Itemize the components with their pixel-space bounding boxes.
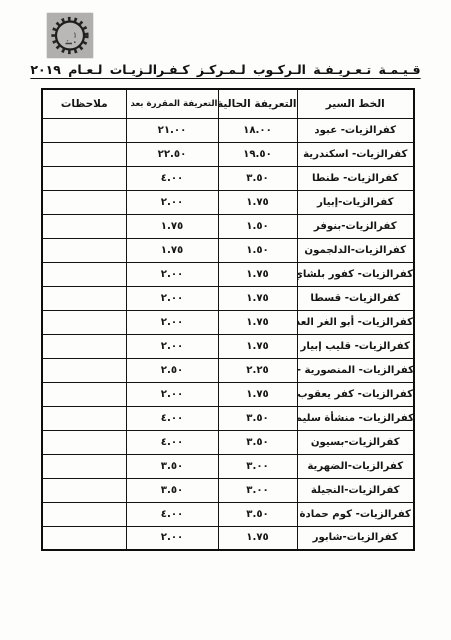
increased-tariff-cell: ٢١.٠٠ bbox=[126, 118, 218, 142]
increased-tariff-cell: ١.٧٥ bbox=[126, 238, 218, 262]
table-row: كفرالزيات- قليب إبيار ١.٧٥ ٢.٠٠ bbox=[42, 334, 414, 358]
notes-cell bbox=[42, 358, 126, 382]
table-row: كفرالزيات-الدلجمون ١.٥٠ ١.٧٥ bbox=[42, 238, 414, 262]
current-tariff-cell: ١.٥٠ bbox=[218, 214, 297, 238]
table-row: كفرالزيات- قسطا ١.٧٥ ٢.٠٠ bbox=[42, 286, 414, 310]
tariff-table: الخط السير التعريفة الحالية التعريفة الم… bbox=[41, 88, 415, 551]
increased-tariff-cell: ٤.٠٠ bbox=[126, 166, 218, 190]
current-tariff-cell: ٢.٢٥ bbox=[218, 358, 297, 382]
current-tariff-cell: ٣.٠٠ bbox=[218, 478, 297, 502]
gear-round-stamp-icon bbox=[47, 13, 93, 58]
current-tariff-cell: ١٩.٥٠ bbox=[218, 142, 297, 166]
increased-tariff-cell: ٣.٥٠ bbox=[126, 478, 218, 502]
increased-tariff-cell: ٤.٠٠ bbox=[126, 430, 218, 454]
route-cell: كفرالزيات-إبيار bbox=[297, 190, 414, 214]
increased-tariff-cell: ٣.٥٠ bbox=[126, 454, 218, 478]
notes-cell bbox=[42, 478, 126, 502]
notes-cell bbox=[42, 430, 126, 454]
current-tariff-cell: ١.٧٥ bbox=[218, 310, 297, 334]
table-row: كفرالزيات- كفر يعقوب ١.٧٥ ٢.٠٠ bbox=[42, 382, 414, 406]
route-cell: كفرالزيات- طنطا bbox=[297, 166, 414, 190]
increased-tariff-cell: ٤.٠٠ bbox=[126, 406, 218, 430]
column-header-route: الخط السير bbox=[297, 89, 414, 118]
table-row: كفرالزيات- اسكندرية ١٩.٥٠ ٢٢.٥٠ bbox=[42, 142, 414, 166]
scanned-document-page: قـيـمـة تـعـريـفـة الـركـوب لـمـركـز كـف… bbox=[0, 0, 451, 640]
route-cell: كفرالزيات- قليب إبيار bbox=[297, 334, 414, 358]
current-tariff-cell: ٣.٥٠ bbox=[218, 430, 297, 454]
route-cell: كفرالزيات- كفر يعقوب bbox=[297, 382, 414, 406]
notes-cell bbox=[42, 166, 126, 190]
notes-cell bbox=[42, 454, 126, 478]
notes-cell bbox=[42, 262, 126, 286]
route-cell: كفرالزيات-النجيلة bbox=[297, 478, 414, 502]
route-cell: كفرالزيات-الدلجمون bbox=[297, 238, 414, 262]
increased-tariff-cell: ٢.٠٠ bbox=[126, 286, 218, 310]
increased-tariff-cell: ٤.٠٠ bbox=[126, 502, 218, 526]
current-tariff-cell: ٣.٥٠ bbox=[218, 502, 297, 526]
column-header-increased-tariff: التعريفة المقررة بعد الزيادة bbox=[126, 89, 218, 118]
notes-cell bbox=[42, 286, 126, 310]
table-header-row: الخط السير التعريفة الحالية التعريفة الم… bbox=[42, 89, 414, 118]
table-row: كفرالزيات-الضهرية ٣.٠٠ ٣.٥٠ bbox=[42, 454, 414, 478]
notes-cell bbox=[42, 502, 126, 526]
route-cell: كفرالزيات-بسيون bbox=[297, 430, 414, 454]
increased-tariff-cell: ٢.٥٠ bbox=[126, 358, 218, 382]
table-body: كفرالزيات- عبود ١٨.٠٠ ٢١.٠٠ كفرالزيات- ا… bbox=[42, 118, 414, 550]
route-cell: كفرالزيات- اسكندرية bbox=[297, 142, 414, 166]
route-cell: كفرالزيات- كفور بلشاي bbox=[297, 262, 414, 286]
current-tariff-cell: ٣.٠٠ bbox=[218, 454, 297, 478]
notes-cell bbox=[42, 238, 126, 262]
notes-cell bbox=[42, 142, 126, 166]
current-tariff-cell: ١.٧٥ bbox=[218, 286, 297, 310]
notes-cell bbox=[42, 214, 126, 238]
increased-tariff-cell: ١.٧٥ bbox=[126, 214, 218, 238]
notes-cell bbox=[42, 334, 126, 358]
table-row: كفرالزيات- أبو الغر العداوى ١.٧٥ ٢.٠٠ bbox=[42, 310, 414, 334]
current-tariff-cell: ١.٥٠ bbox=[218, 238, 297, 262]
column-header-current-tariff: التعريفة الحالية bbox=[218, 89, 297, 118]
current-tariff-cell: ١٨.٠٠ bbox=[218, 118, 297, 142]
table-row: كفرالزيات-النجيلة ٣.٠٠ ٣.٥٠ bbox=[42, 478, 414, 502]
current-tariff-cell: ٣.٥٠ bbox=[218, 406, 297, 430]
notes-cell bbox=[42, 190, 126, 214]
notes-cell bbox=[42, 526, 126, 550]
increased-tariff-cell: ٢.٠٠ bbox=[126, 526, 218, 550]
document-title: قـيـمـة تـعـريـفـة الـركـوب لـمـركـز كـف… bbox=[0, 62, 451, 77]
column-header-notes: ملاحظات bbox=[42, 89, 126, 118]
current-tariff-cell: ٣.٥٠ bbox=[218, 166, 297, 190]
notes-cell bbox=[42, 406, 126, 430]
increased-tariff-cell: ٢٢.٥٠ bbox=[126, 142, 218, 166]
current-tariff-cell: ١.٧٥ bbox=[218, 526, 297, 550]
increased-tariff-cell: ٢.٠٠ bbox=[126, 334, 218, 358]
notes-cell bbox=[42, 310, 126, 334]
route-cell: كفرالزيات-الضهرية bbox=[297, 454, 414, 478]
increased-tariff-cell: ٢.٠٠ bbox=[126, 310, 218, 334]
increased-tariff-cell: ٢.٠٠ bbox=[126, 190, 218, 214]
table-row: كفرالزيات- طنطا ٣.٥٠ ٤.٠٠ bbox=[42, 166, 414, 190]
route-cell: كفرالزيات- قسطا bbox=[297, 286, 414, 310]
route-cell: كفرالزيات- عبود bbox=[297, 118, 414, 142]
table-row: كفرالزيات- المنصورية -الفرستق ٢.٢٥ ٢.٥٠ bbox=[42, 358, 414, 382]
route-cell: كفرالزيات- كوم حمادة bbox=[297, 502, 414, 526]
route-cell: كفرالزيات-بنوفر bbox=[297, 214, 414, 238]
current-tariff-cell: ١.٧٥ bbox=[218, 190, 297, 214]
table-row: كفرالزيات- كفور بلشاي ١.٧٥ ٢.٠٠ bbox=[42, 262, 414, 286]
route-cell: كفرالزيات- المنصورية -الفرستق bbox=[297, 358, 414, 382]
table-row: كفرالزيات- كوم حمادة ٣.٥٠ ٤.٠٠ bbox=[42, 502, 414, 526]
table-row: كفرالزيات-بسيون ٣.٥٠ ٤.٠٠ bbox=[42, 430, 414, 454]
table-row: كفرالزيات-شابور ١.٧٥ ٢.٠٠ bbox=[42, 526, 414, 550]
current-tariff-cell: ١.٧٥ bbox=[218, 382, 297, 406]
table-row: كفرالزيات- منشأة سليمان ٣.٥٠ ٤.٠٠ bbox=[42, 406, 414, 430]
table-row: كفرالزيات-إبيار ١.٧٥ ٢.٠٠ bbox=[42, 190, 414, 214]
route-cell: كفرالزيات- أبو الغر العداوى bbox=[297, 310, 414, 334]
table-row: كفرالزيات- عبود ١٨.٠٠ ٢١.٠٠ bbox=[42, 118, 414, 142]
route-cell: كفرالزيات- منشأة سليمان bbox=[297, 406, 414, 430]
notes-cell bbox=[42, 118, 126, 142]
table-row: كفرالزيات-بنوفر ١.٥٠ ١.٧٥ bbox=[42, 214, 414, 238]
current-tariff-cell: ١.٧٥ bbox=[218, 334, 297, 358]
route-cell: كفرالزيات-شابور bbox=[297, 526, 414, 550]
official-stamp bbox=[47, 13, 93, 58]
current-tariff-cell: ١.٧٥ bbox=[218, 262, 297, 286]
increased-tariff-cell: ٢.٠٠ bbox=[126, 382, 218, 406]
increased-tariff-cell: ٢.٠٠ bbox=[126, 262, 218, 286]
notes-cell bbox=[42, 382, 126, 406]
